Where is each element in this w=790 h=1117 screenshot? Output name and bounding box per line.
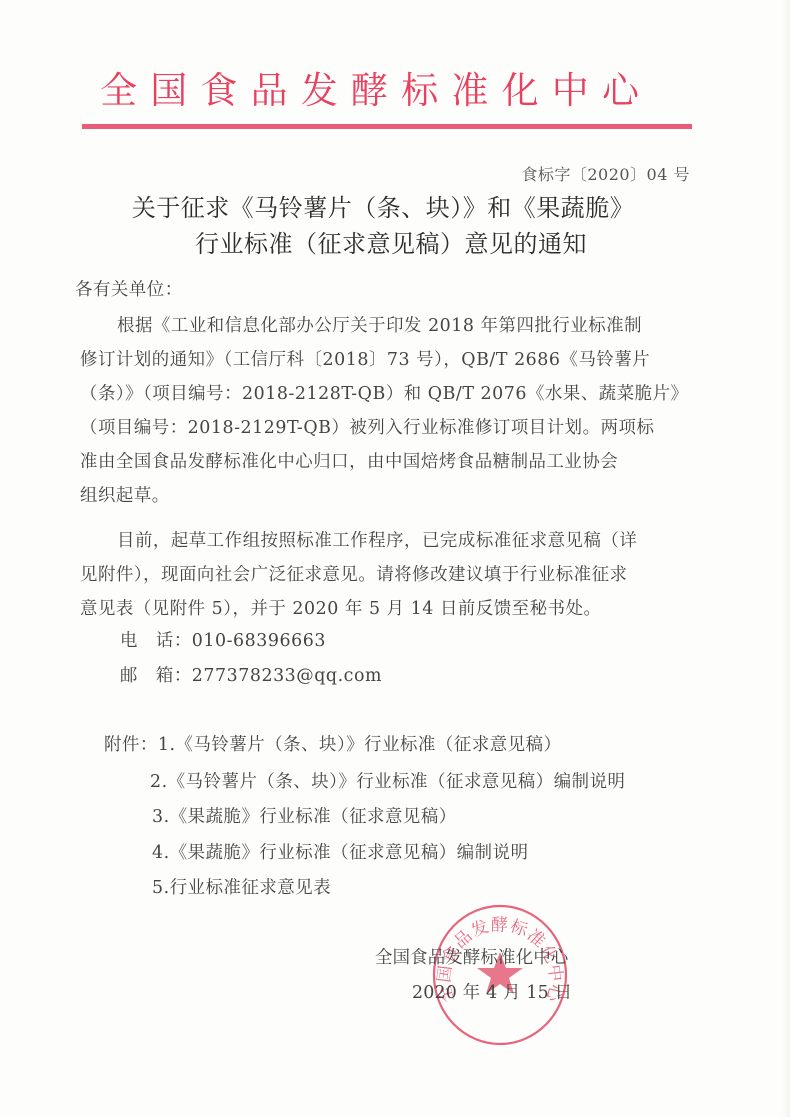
- attachment-item: 3.《果蔬脆》行业标准（征求意见稿）: [152, 805, 457, 829]
- email-label: 邮 箱：: [120, 666, 192, 686]
- attachment-item: 4.《果蔬脆》行业标准（征求意见稿）编制说明: [152, 841, 529, 865]
- official-seal-stamp: 全国食品发酵标准化中心: [432, 904, 568, 1046]
- page-edge-shadow: [782, 0, 790, 1117]
- paragraph-2-line: 见附件），现面向社会广泛征求意见。请将修改建议填于行业标准征求: [80, 563, 627, 587]
- paragraph-1-line: 根据《工业和信息化部办公厅关于印发 2018 年第四批行业标准制: [117, 314, 642, 338]
- document-number: 食标字〔2020〕04 号: [521, 162, 690, 185]
- paragraph-1-line: 准由全国食品发酵标准化中心归口，由中国焙烤食品糖制品工业协会: [80, 450, 618, 474]
- email-line: 邮 箱：277378233@qq.com: [120, 664, 382, 688]
- paragraph-2-line: 意见表（见附件 5），并于 2020 年 5 月 14 日前反馈至秘书处。: [80, 597, 601, 621]
- letterhead-red-rule: [82, 124, 692, 129]
- attachment-item-text: 1.《马铃薯片（条、块）》行业标准（征求意见稿）: [158, 735, 562, 755]
- notice-title-line-1: 关于征求《马铃薯片（条、块）》和《果蔬脆》: [0, 193, 778, 223]
- paragraph-1-line: （条）》（项目编号：2018-2128T-QB）和 QB/T 2076《水果、蔬…: [80, 382, 688, 406]
- salutation: 各有关单位：: [75, 278, 183, 302]
- phone-number: 010-68396663: [192, 631, 326, 651]
- signature-date: 2020 年 4 月 15 日: [412, 981, 572, 1005]
- phone-label: 电 话：: [120, 631, 192, 651]
- attachment-item: 2.《马铃薯片（条、块）》行业标准（征求意见稿）编制说明: [150, 770, 625, 794]
- organization-letterhead: 全国食品发酵标准化中心: [100, 66, 670, 116]
- paragraph-1-line: 组织起草。: [80, 484, 170, 508]
- attachment-item: 5.行业标准征求意见表: [152, 876, 331, 900]
- email-address: 277378233@qq.com: [192, 666, 382, 686]
- paragraph-1-line: 修订计划的通知》（工信厅科〔2018〕73 号），QB/T 2686《马铃薯片: [80, 348, 650, 372]
- attachment-item: 附件：1.《马铃薯片（条、块）》行业标准（征求意见稿）: [104, 733, 562, 757]
- phone-line: 电 话：010-68396663: [120, 629, 326, 653]
- attachments-label: 附件：: [104, 735, 158, 755]
- signature-organization: 全国食品发酵标准化中心: [375, 946, 569, 970]
- paragraph-2-line: 目前，起草工作组按照标准工作程序，已完成标准征求意见稿（详: [117, 529, 637, 553]
- paragraph-1-line: （项目编号：2018-2129T-QB）被列入行业标准修订项目计划。两项标: [80, 416, 654, 440]
- notice-title-line-2: 行业标准（征求意见稿）意见的通知: [0, 229, 786, 259]
